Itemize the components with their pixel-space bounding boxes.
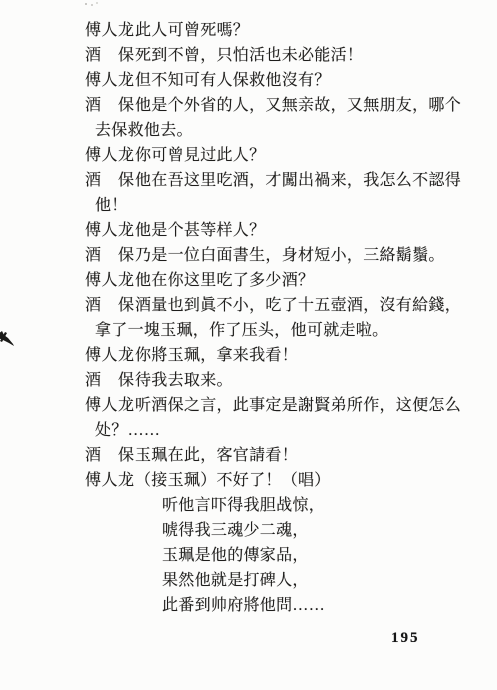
line-text: 去保救他去。 [95, 118, 193, 143]
ink-blot-mark [0, 329, 16, 349]
book-page: 傅人龙 此人可曾死嗎？ 酒 保 死到不曾，只怕活也未必能活！ 傅人龙 但不知可有… [0, 0, 497, 690]
sung-verse-line: 唬得我三魂少二魂， [85, 518, 485, 543]
dialogue-line: 傅人龙 （接玉珮）不好了！（唱） [85, 468, 485, 493]
line-text: 酒量也到眞不小，吃了十五壺酒，沒有給錢， [135, 293, 461, 318]
dialogue-line: 酒 保 他在吾这里吃酒，才闖出禍来，我怎么不認得 [85, 168, 485, 193]
line-text: 听酒保之言，此事定是謝賢弟所作，这便怎么 [135, 393, 461, 418]
line-text: 他是个甚等样人？ [135, 218, 265, 243]
dialogue-continuation-line: 拿了一塊玉珮，作了压头，他可就走啦。 [85, 318, 485, 343]
line-text: 他在吾这里吃酒，才闖出禍来，我怎么不認得 [135, 168, 461, 193]
line-text: 但不知可有人保救他沒有？ [135, 68, 331, 93]
speaker-label: 傅人龙 [85, 68, 135, 93]
line-text: 你將玉珮，拿来我看！ [135, 343, 298, 368]
dialogue-continuation-line: 去保救他去。 [85, 118, 485, 143]
speaker-label: 傅人龙 [85, 18, 135, 43]
line-text: 此番到帅府將他問…… [162, 593, 325, 618]
speaker-label: 傅人龙 [85, 268, 135, 293]
line-text: （接玉珮）不好了！（唱） [135, 468, 331, 493]
dialogue-line: 酒 保 他是个外省的人，又無亲故，又無朋友，哪个 [85, 93, 485, 118]
line-text: 玉珮在此，客官請看！ [135, 443, 298, 468]
sung-verse-line: 玉珮是他的傳家品， [85, 543, 485, 568]
text-block: 傅人龙 此人可曾死嗎？ 酒 保 死到不曾，只怕活也未必能活！ 傅人龙 但不知可有… [85, 18, 485, 618]
dialogue-line: 傅人龙 你可曾見过此人？ [85, 143, 485, 168]
dialogue-line: 酒 保 玉珮在此，客官請看！ [85, 443, 485, 468]
speaker-label: 酒 保 [85, 368, 135, 393]
speaker-label: 酒 保 [85, 293, 135, 318]
dialogue-line: 酒 保 乃是一位白面書生，身材短小，三絡鬍鬚。 [85, 243, 485, 268]
line-text: 此人可曾死嗎？ [135, 18, 249, 43]
line-text: 拿了一塊玉珮，作了压头，他可就走啦。 [95, 318, 388, 343]
line-text: 玉珮是他的傳家品， [162, 543, 309, 568]
line-text: 他！ [95, 193, 128, 218]
dialogue-line: 傅人龙 此人可曾死嗎？ [85, 18, 485, 43]
speaker-label: 酒 保 [85, 243, 135, 268]
speaker-label: 酒 保 [85, 43, 135, 68]
line-text: 处？…… [95, 418, 160, 443]
line-text: 他是个外省的人，又無亲故，又無朋友，哪个 [135, 93, 461, 118]
line-text: 你可曾見过此人？ [135, 143, 265, 168]
speaker-label: 傅人龙 [85, 343, 135, 368]
line-text: 死到不曾，只怕活也未必能活！ [135, 43, 363, 68]
speaker-label: 酒 保 [85, 168, 135, 193]
line-text: 乃是一位白面書生，身材短小，三絡鬍鬚。 [135, 243, 445, 268]
speaker-label: 酒 保 [85, 93, 135, 118]
dialogue-line: 傅人龙 他在你这里吃了多少酒？ [85, 268, 485, 293]
line-text: 他在你这里吃了多少酒？ [135, 268, 314, 293]
page-number: 195 [391, 630, 420, 647]
sung-verse-line: 此番到帅府將他問…… [85, 593, 485, 618]
speaker-label: 傅人龙 [85, 218, 135, 243]
speaker-label: 傅人龙 [85, 143, 135, 168]
speaker-label: 傅人龙 [85, 468, 135, 493]
dialogue-line: 傅人龙 你將玉珮，拿来我看！ [85, 343, 485, 368]
speaker-label: 傅人龙 [85, 393, 135, 418]
dialogue-line: 酒 保 待我去取来。 [85, 368, 485, 393]
dialogue-line: 酒 保 死到不曾，只怕活也未必能活！ [85, 43, 485, 68]
sung-verse-line: 听他言吓得我胆战惊， [85, 493, 485, 518]
dialogue-continuation-line: 处？…… [85, 418, 485, 443]
dialogue-line: 傅人龙 但不知可有人保救他沒有？ [85, 68, 485, 93]
paper-speck [85, 3, 87, 5]
dialogue-line: 傅人龙 他是个甚等样人？ [85, 218, 485, 243]
speaker-label: 酒 保 [85, 443, 135, 468]
sung-verse-line: 果然他就是打碑人， [85, 568, 485, 593]
dialogue-line: 酒 保 酒量也到眞不小，吃了十五壺酒，沒有給錢， [85, 293, 485, 318]
line-text: 唬得我三魂少二魂， [162, 518, 309, 543]
dialogue-continuation-line: 他！ [85, 193, 485, 218]
line-text: 果然他就是打碑人， [162, 568, 309, 593]
dialogue-line: 傅人龙 听酒保之言，此事定是謝賢弟所作，这便怎么 [85, 393, 485, 418]
line-text: 待我去取来。 [135, 368, 233, 393]
line-text: 听他言吓得我胆战惊， [162, 493, 325, 518]
